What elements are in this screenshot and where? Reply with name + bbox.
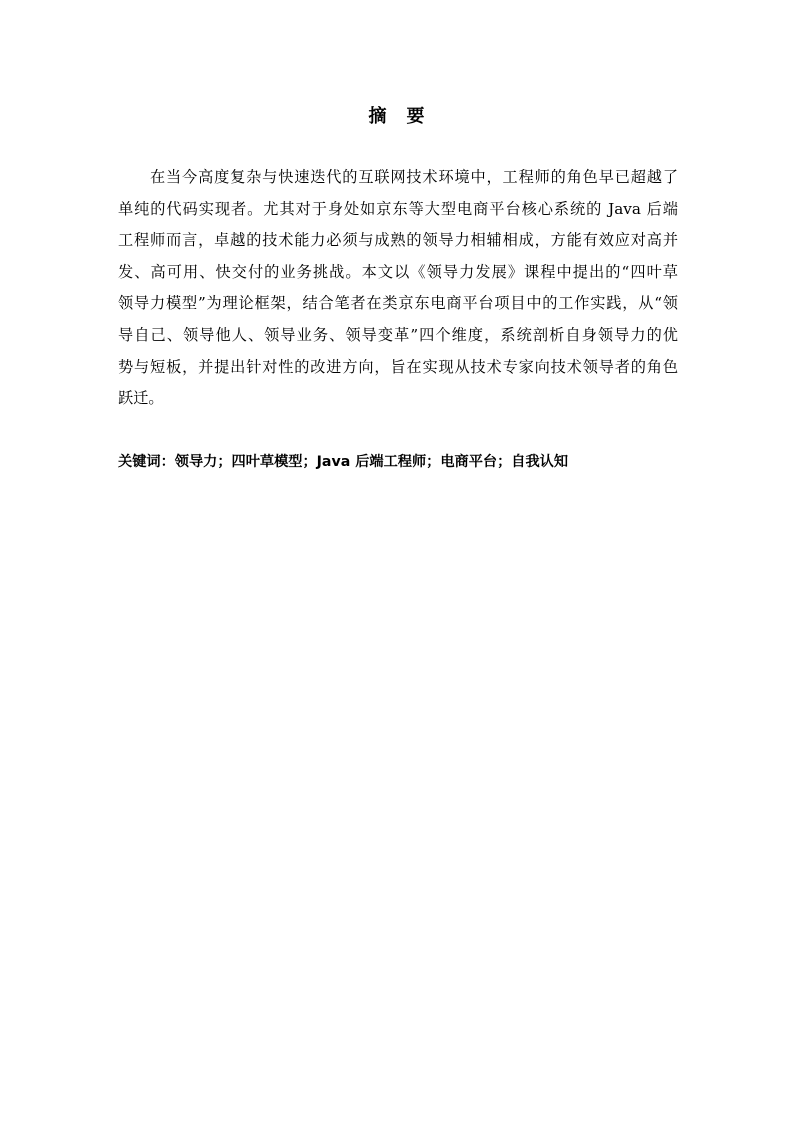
abstract-line: 发、高可用、快交付的业务挑战。本文以《领导力发展》课程中提出的“四叶草 — [118, 257, 678, 289]
abstract-line: 工程师而言，卓越的技术能力必须与成熟的领导力相辅相成，方能有效应对高并 — [118, 225, 678, 257]
abstract-body: 在当今高度复杂与快速迭代的互联网技术环境中，工程师的角色早已超越了 单纯的代码实… — [118, 162, 678, 415]
abstract-line: 单纯的代码实现者。尤其对于身处如京东等大型电商平台核心系统的 Java 后端 — [118, 194, 678, 226]
document-page: 摘要 在当今高度复杂与快速迭代的互联网技术环境中，工程师的角色早已超越了 单纯的… — [0, 0, 793, 1122]
abstract-line: 跃迁。 — [118, 383, 678, 415]
abstract-line: 导自己、领导他人、领导业务、领导变革”四个维度，系统剖析自身领导力的优 — [118, 320, 678, 352]
abstract-title: 摘要 — [0, 104, 793, 130]
keywords-line: 关键词：领导力；四叶草模型；Java 后端工程师；电商平台；自我认知 — [118, 450, 678, 474]
abstract-line: 领导力模型”为理论框架，结合笔者在类京东电商平台项目中的工作实践，从“领 — [118, 288, 678, 320]
abstract-line: 势与短板，并提出针对性的改进方向，旨在实现从技术专家向技术领导者的角色 — [118, 352, 678, 384]
abstract-line: 在当今高度复杂与快速迭代的互联网技术环境中，工程师的角色早已超越了 — [118, 162, 678, 194]
abstract-title-text: 摘要 — [349, 106, 445, 127]
